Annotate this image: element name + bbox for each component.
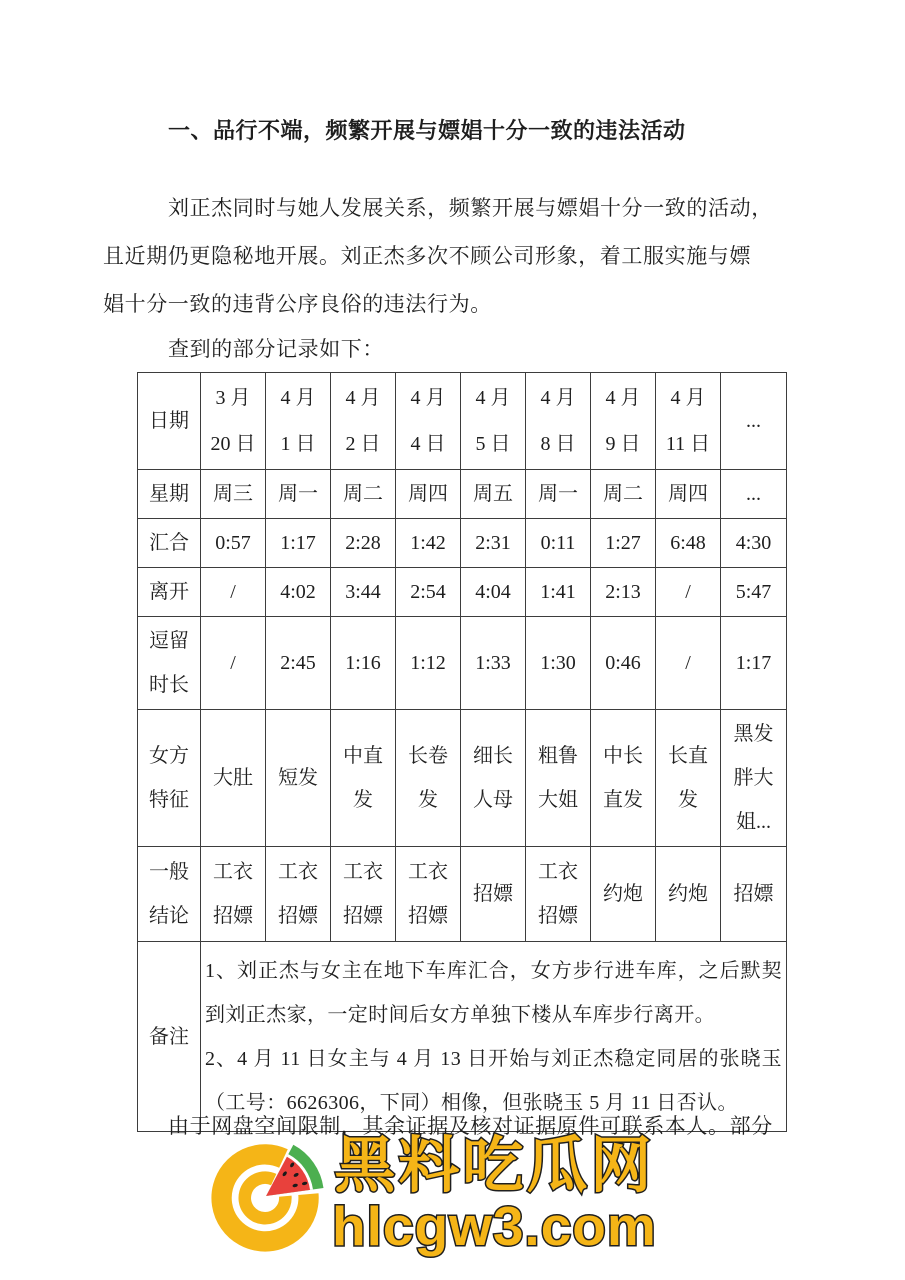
table-cell-conclusion-8: 招嫖 bbox=[721, 847, 787, 942]
table-cell-features-0: 大肚 bbox=[201, 710, 266, 847]
table-row-meet: 汇合0:571:172:281:422:310:111:276:484:30 bbox=[138, 519, 787, 568]
table-cell-weekday-8: ... bbox=[721, 470, 787, 519]
records-table-body: 日期3 月 20 日4 月 1 日4 月 2 日4 月 4 日4 月 5 日4 … bbox=[138, 373, 787, 1132]
table-cell-duration-4: 1:33 bbox=[461, 617, 526, 710]
table-row-duration: 逗留时长/2:451:161:121:331:300:46/1:17 bbox=[138, 617, 787, 710]
table-cell-date-6: 4 月 9 日 bbox=[591, 373, 656, 470]
remarks-cell: 1、刘正杰与女主在地下车库汇合，女方步行进车库，之后默契到刘正杰家，一定时间后女… bbox=[201, 942, 787, 1132]
table-cell-duration-2: 1:16 bbox=[331, 617, 396, 710]
table-cell-features-3: 长卷发 bbox=[396, 710, 461, 847]
table-cell-weekday-5: 周一 bbox=[526, 470, 591, 519]
table-cell-duration-0: / bbox=[201, 617, 266, 710]
table-cell-meet-3: 1:42 bbox=[396, 519, 461, 568]
table-cell-meet-6: 1:27 bbox=[591, 519, 656, 568]
table-cell-date-2: 4 月 2 日 bbox=[331, 373, 396, 470]
table-row-features: 女方特征大肚短发中直发长卷发细长人母粗鲁大姐中长直发长直发黑发胖大姐... bbox=[138, 710, 787, 847]
table-cell-features-5: 粗鲁大姐 bbox=[526, 710, 591, 847]
row-label-duration: 逗留时长 bbox=[138, 617, 201, 710]
table-cell-date-3: 4 月 4 日 bbox=[396, 373, 461, 470]
table-cell-features-8: 黑发胖大姐... bbox=[721, 710, 787, 847]
table-cell-features-2: 中直发 bbox=[331, 710, 396, 847]
table-cell-weekday-6: 周二 bbox=[591, 470, 656, 519]
table-cell-features-7: 长直发 bbox=[656, 710, 721, 847]
table-cell-date-0: 3 月 20 日 bbox=[201, 373, 266, 470]
remark-line: 1、刘正杰与女主在地下车库汇合，女方步行进车库，之后默契到刘正杰家，一定时间后女… bbox=[205, 949, 782, 1037]
watermark-site-name: 黑料吃瓜网 bbox=[332, 1134, 657, 1196]
table-cell-features-6: 中长直发 bbox=[591, 710, 656, 847]
row-label-weekday: 星期 bbox=[138, 470, 201, 519]
table-cell-duration-7: / bbox=[656, 617, 721, 710]
table-cell-meet-5: 0:11 bbox=[526, 519, 591, 568]
row-label-remarks: 备注 bbox=[138, 942, 201, 1132]
table-cell-meet-4: 2:31 bbox=[461, 519, 526, 568]
table-cell-date-4: 4 月 5 日 bbox=[461, 373, 526, 470]
paragraph-line: 娼十分一致的违背公序良俗的违法行为。 bbox=[103, 280, 819, 328]
table-cell-conclusion-1: 工衣招嫖 bbox=[266, 847, 331, 942]
table-cell-duration-8: 1:17 bbox=[721, 617, 787, 710]
table-cell-conclusion-3: 工衣招嫖 bbox=[396, 847, 461, 942]
table-cell-conclusion-2: 工衣招嫖 bbox=[331, 847, 396, 942]
row-label-conclusion: 一般结论 bbox=[138, 847, 201, 942]
table-cell-date-1: 4 月 1 日 bbox=[266, 373, 331, 470]
table-cell-leave-4: 4:04 bbox=[461, 568, 526, 617]
table-row-weekday: 星期周三周一周二周四周五周一周二周四... bbox=[138, 470, 787, 519]
table-row-conclusion: 一般结论工衣招嫖工衣招嫖工衣招嫖工衣招嫖招嫖工衣招嫖约炮约炮招嫖 bbox=[138, 847, 787, 942]
table-cell-leave-5: 1:41 bbox=[526, 568, 591, 617]
table-cell-leave-6: 2:13 bbox=[591, 568, 656, 617]
table-cell-meet-1: 1:17 bbox=[266, 519, 331, 568]
section-heading: 一、品行不端，频繁开展与嫖娼十分一致的违法活动 bbox=[103, 114, 819, 145]
table-cell-duration-1: 2:45 bbox=[266, 617, 331, 710]
table-cell-meet-7: 6:48 bbox=[656, 519, 721, 568]
table-cell-meet-0: 0:57 bbox=[201, 519, 266, 568]
table-cell-weekday-7: 周四 bbox=[656, 470, 721, 519]
table-cell-conclusion-4: 招嫖 bbox=[461, 847, 526, 942]
document-page: 一、品行不端，频繁开展与嫖娼十分一致的违法活动 刘正杰同时与她人发展关系，频繁开… bbox=[0, 0, 905, 1280]
paragraph-line: 且近期仍更隐秘地开展。刘正杰多次不顾公司形象，着工服实施与嫖 bbox=[103, 232, 819, 280]
watermelon-logo-icon bbox=[210, 1134, 326, 1258]
table-cell-weekday-4: 周五 bbox=[461, 470, 526, 519]
table-cell-duration-3: 1:12 bbox=[396, 617, 461, 710]
table-cell-weekday-0: 周三 bbox=[201, 470, 266, 519]
table-row-remarks: 备注1、刘正杰与女主在地下车库汇合，女方步行进车库，之后默契到刘正杰家，一定时间… bbox=[138, 942, 787, 1132]
table-row-leave: 离开/4:023:442:544:041:412:13/5:47 bbox=[138, 568, 787, 617]
table-cell-weekday-3: 周四 bbox=[396, 470, 461, 519]
site-watermark: 黑料吃瓜网 hlcgw3.com bbox=[210, 1134, 657, 1258]
table-cell-leave-0: / bbox=[201, 568, 266, 617]
table-cell-features-1: 短发 bbox=[266, 710, 331, 847]
table-cell-leave-2: 3:44 bbox=[331, 568, 396, 617]
row-label-features: 女方特征 bbox=[138, 710, 201, 847]
table-cell-conclusion-6: 约炮 bbox=[591, 847, 656, 942]
table-cell-leave-3: 2:54 bbox=[396, 568, 461, 617]
body-paragraph: 刘正杰同时与她人发展关系，频繁开展与嫖娼十分一致的活动， 且近期仍更隐秘地开展。… bbox=[103, 184, 819, 328]
table-cell-conclusion-5: 工衣招嫖 bbox=[526, 847, 591, 942]
table-cell-date-8: ... bbox=[721, 373, 787, 470]
table-cell-meet-8: 4:30 bbox=[721, 519, 787, 568]
table-intro-line: 查到的部分记录如下： bbox=[103, 327, 819, 371]
row-label-meet: 汇合 bbox=[138, 519, 201, 568]
table-cell-features-4: 细长人母 bbox=[461, 710, 526, 847]
table-cell-leave-1: 4:02 bbox=[266, 568, 331, 617]
table-cell-weekday-1: 周一 bbox=[266, 470, 331, 519]
table-cell-weekday-2: 周二 bbox=[331, 470, 396, 519]
table-cell-leave-8: 5:47 bbox=[721, 568, 787, 617]
table-cell-date-5: 4 月 8 日 bbox=[526, 373, 591, 470]
table-cell-conclusion-0: 工衣招嫖 bbox=[201, 847, 266, 942]
table-cell-duration-5: 1:30 bbox=[526, 617, 591, 710]
table-cell-duration-6: 0:46 bbox=[591, 617, 656, 710]
table-cell-date-7: 4 月 11 日 bbox=[656, 373, 721, 470]
row-label-leave: 离开 bbox=[138, 568, 201, 617]
table-cell-leave-7: / bbox=[656, 568, 721, 617]
records-table: 日期3 月 20 日4 月 1 日4 月 2 日4 月 4 日4 月 5 日4 … bbox=[137, 372, 787, 1132]
paragraph-line: 刘正杰同时与她人发展关系，频繁开展与嫖娼十分一致的活动， bbox=[103, 184, 819, 232]
table-row-date: 日期3 月 20 日4 月 1 日4 月 2 日4 月 4 日4 月 5 日4 … bbox=[138, 373, 787, 470]
table-cell-conclusion-7: 约炮 bbox=[656, 847, 721, 942]
watermark-site-url: hlcgw3.com bbox=[332, 1198, 657, 1254]
row-label-date: 日期 bbox=[138, 373, 201, 470]
table-cell-meet-2: 2:28 bbox=[331, 519, 396, 568]
